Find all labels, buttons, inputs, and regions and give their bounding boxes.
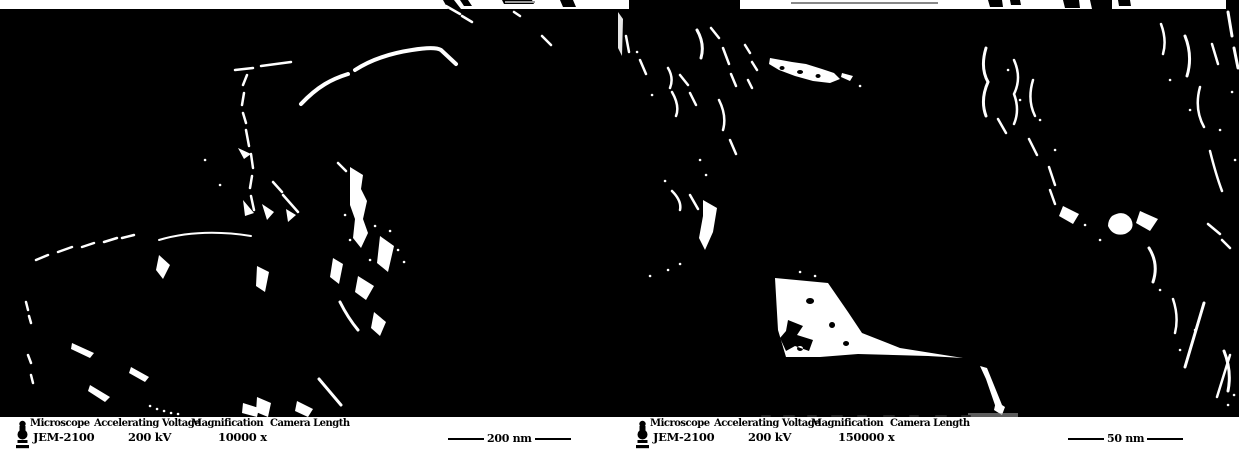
value-accelerating-voltage: 200 kV [748,430,791,444]
header-camera-length: Camera Length [270,418,350,430]
scale-bar-line [1068,438,1104,440]
scale-bar-right: 50 nm [1068,432,1183,445]
value-magnification: 150000 x [838,430,894,444]
header-accelerating-voltage: Accelerating Voltage [714,418,820,430]
microscope-icon [15,420,30,449]
scale-bar-line [448,438,484,440]
header-microscope: Microscope [650,418,710,430]
value-accelerating-voltage: 200 kV [128,430,171,444]
micrograph-field [0,9,1239,417]
scale-bar-line [535,438,571,440]
scale-bar-line [1147,438,1183,440]
header-magnification: Magnification [811,418,883,430]
tem-figure: Microscope Accelerating Voltage Magnific… [0,0,1239,454]
header-magnification: Magnification [191,418,263,430]
header-microscope: Microscope [30,418,90,430]
image-top-edge-fragments [443,0,1239,9]
scale-bar-label: 200 nm [487,432,532,445]
scale-bar-left: 200 nm [448,432,571,445]
header-accelerating-voltage: Accelerating Voltage [94,418,200,430]
tem-micrograph-art [0,0,1239,454]
value-microscope: JEM-2100 [33,430,94,444]
header-camera-length: Camera Length [890,418,970,430]
microscope-icon [635,420,650,449]
info-bar-left: Microscope Accelerating Voltage Magnific… [0,417,619,454]
scale-bar-label: 50 nm [1107,432,1144,445]
value-microscope: JEM-2100 [653,430,714,444]
info-bar-right: Microscope Accelerating Voltage Magnific… [620,417,1239,454]
value-magnification: 10000 x [218,430,267,444]
